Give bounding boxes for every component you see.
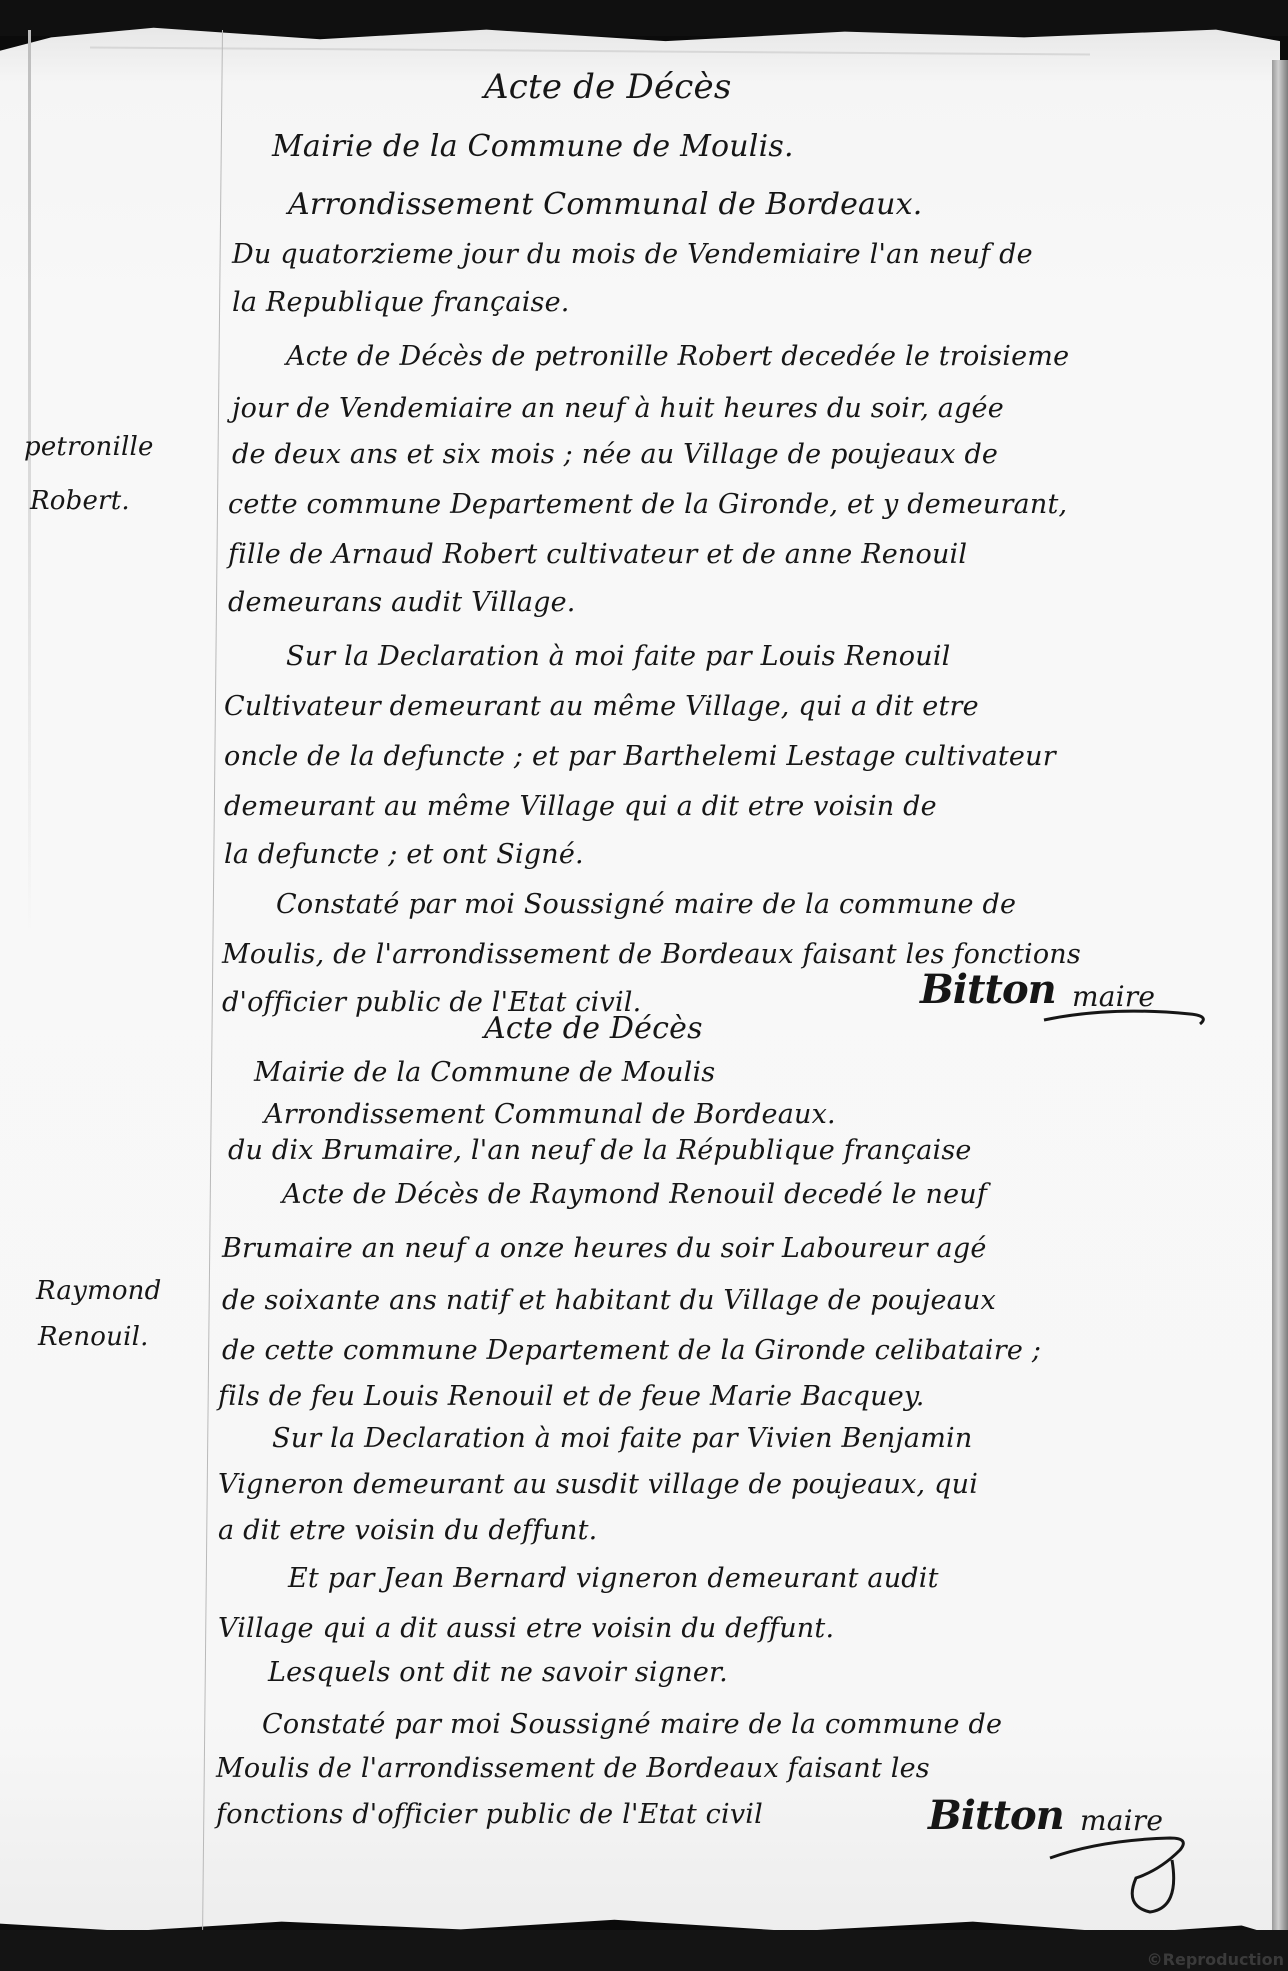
arrondissement-heading: Arrondissement Communal de Bordeaux. bbox=[264, 1098, 836, 1132]
scan-bottom-border bbox=[0, 1930, 1288, 1971]
record-line: Sur la Declaration à moi faite par Louis… bbox=[286, 640, 951, 674]
record-line: du dix Brumaire, l'an neuf de la Républi… bbox=[228, 1134, 972, 1168]
record-line: demeurans audit Village. bbox=[228, 586, 576, 620]
record-line: Constaté par moi Soussigné maire de la c… bbox=[276, 888, 1016, 922]
record-line: fils de feu Louis Renouil et de feue Mar… bbox=[218, 1380, 925, 1414]
record-line: Et par Jean Bernard vigneron demeurant a… bbox=[288, 1562, 939, 1596]
margin-name-last: Renouil. bbox=[38, 1322, 149, 1352]
record-line: Moulis de l'arrondissement de Bordeaux f… bbox=[216, 1752, 930, 1786]
record-line: oncle de la defuncte ; et par Barthelemi… bbox=[224, 740, 1056, 774]
margin-name-first: Raymond bbox=[36, 1276, 161, 1306]
record-line: fille de Arnaud Robert cultivateur et de… bbox=[228, 538, 967, 572]
record-line: Du quatorzieme jour du mois de Vendemiai… bbox=[232, 238, 1033, 272]
record-line: Constaté par moi Soussigné maire de la c… bbox=[262, 1708, 1002, 1742]
margin-name-first: petronille bbox=[24, 432, 154, 462]
record-line: la Republique française. bbox=[232, 286, 570, 320]
record-line: jour de Vendemiaire an neuf à huit heure… bbox=[232, 392, 1004, 426]
record-line: Village qui a dit aussi etre voisin du d… bbox=[218, 1612, 834, 1646]
record-line: de soixante ans natif et habitant du Vil… bbox=[222, 1284, 996, 1318]
record-line: fonctions d'officier public de l'Etat ci… bbox=[216, 1798, 763, 1832]
record-line: Vigneron demeurant au susdit village de … bbox=[218, 1468, 978, 1502]
mairie-heading: Mairie de la Commune de Moulis. bbox=[272, 130, 794, 164]
record-line: Acte de Décès de Raymond Renouil decedé … bbox=[282, 1178, 987, 1212]
record-line: demeurant au même Village qui a dit etre… bbox=[224, 790, 937, 824]
mayor-signature: Bitton bbox=[920, 966, 1056, 1013]
record-line: a dit etre voisin du deffunt. bbox=[218, 1514, 597, 1548]
record-line: Acte de Décès de petronille Robert deced… bbox=[286, 340, 1069, 374]
record-line: Lesquels ont dit ne savoir signer. bbox=[268, 1656, 728, 1690]
record-heading: Acte de Décès bbox=[484, 70, 731, 104]
record-line: Cultivateur demeurant au même Village, q… bbox=[224, 690, 979, 724]
signature-flourish bbox=[1040, 1830, 1220, 1920]
record-line: de cette commune Departement de la Giron… bbox=[222, 1334, 1041, 1368]
page-edge bbox=[1272, 60, 1288, 1940]
paper-fold bbox=[28, 30, 31, 930]
record-line: de deux ans et six mois ; née au Village… bbox=[232, 438, 998, 472]
signature-flourish bbox=[1040, 1000, 1220, 1030]
record-line: la defuncte ; et ont Signé. bbox=[224, 838, 584, 872]
record-heading: Acte de Décès bbox=[484, 1012, 703, 1046]
record-line: cette commune Departement de la Gironde,… bbox=[228, 488, 1067, 522]
arrondissement-heading: Arrondissement Communal de Bordeaux. bbox=[288, 188, 923, 222]
mairie-heading: Mairie de la Commune de Moulis bbox=[254, 1056, 715, 1090]
record-line: Brumaire an neuf a onze heures du soir L… bbox=[222, 1232, 987, 1266]
reproduction-watermark: ©Reproduction bbox=[1147, 1950, 1284, 1969]
record-line: Sur la Declaration à moi faite par Vivie… bbox=[272, 1422, 972, 1456]
margin-name-last: Robert. bbox=[30, 486, 130, 516]
